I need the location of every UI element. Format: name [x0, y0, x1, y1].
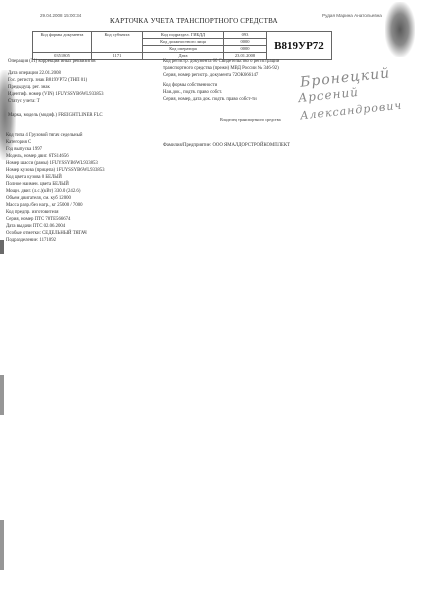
- division-code-label: Код подраздел. ГИБДД: [143, 32, 224, 39]
- vehicle-type: Код типа 4 Грузовой тягач седельный: [6, 133, 82, 138]
- scan-edge-2: [0, 375, 4, 415]
- special-marks: Особые отметки: СЕДЕЛЬНЫЙ ТЯГАЧ: [6, 231, 87, 236]
- engine-model: Модель, номер двиг. 6TS14656: [6, 154, 69, 159]
- subject-code-value: 1171: [92, 53, 143, 60]
- pts-date: Дата выдачи ПТС 02.06.2004: [6, 224, 65, 229]
- form-code-label: Код формы документа: [33, 32, 92, 53]
- division-code-value: 093: [224, 32, 267, 39]
- reg-sign: Гос. регистр. знак В819УР72 (ТНП 01): [8, 78, 87, 83]
- scan-edge-1: [0, 240, 4, 254]
- vin: Идентиф. номер (VIN) 1FUYSSYB6WL933853: [8, 92, 104, 97]
- codes-table: Код формы документа Код субъекта Код под…: [32, 31, 332, 60]
- operation-line: Операция (51) коррекция иных реквизитов: [8, 59, 96, 64]
- body-color-code: Код цвета кузова 0 БЕЛЫЙ: [6, 175, 62, 180]
- color-name: Полное наимен. цвета БЕЛЫЙ: [6, 182, 69, 187]
- category: Категория С: [6, 140, 31, 145]
- chassis-number: Номер шасси (рамы) 1FUYSSYB6WL933853: [6, 161, 98, 166]
- subject-code-label: Код субъекта: [92, 32, 143, 53]
- reg-doc-code: Код регистр. документа 60 Свидетельство …: [163, 59, 279, 64]
- make-model: Марка, модель (модиф.) FREIGHTLINER FLC: [8, 113, 103, 118]
- document-title: КАРТОЧКА УЧЕТА ТРАНСПОРТНОГО СРЕДСТВА: [110, 17, 278, 25]
- engine-power: Мощн. двиг. (л.с.)(кВт) 330.0 (242.6): [6, 189, 80, 194]
- operator-code-value: 0000: [224, 46, 267, 53]
- ownership-series: Серия, номер, дата док. подтв. право соб…: [163, 97, 257, 102]
- engine-displacement: Объем двигателя, см. куб 12000: [6, 196, 71, 201]
- official-code-label: Код должностного лица: [143, 39, 224, 46]
- owner-name: Фамилия/Предприятие: ООО ЯМАЛДОРСТРОЙКОМ…: [163, 143, 290, 148]
- body-number: Номер кузова (прицепа) 1FUYSSYB6WL933853: [6, 168, 105, 173]
- reg-status: Статус учета: Т: [8, 99, 40, 104]
- official-code-value: 0000: [224, 39, 267, 46]
- operator-name: Рудая Марина Анатольевна: [322, 13, 382, 18]
- reg-doc-series: Серия, номер регистр. документа 72ОК6661…: [163, 73, 258, 78]
- ownership-doc: Наи.док., подтв. право собст.: [163, 90, 222, 95]
- reg-doc-code-cont: транспортного средства (прежн) МВД Росси…: [163, 66, 279, 71]
- owner-heading: Владелец транспортного средства: [220, 117, 281, 122]
- operation-date: Дата операции 22.01.2008: [8, 71, 61, 76]
- year: Год выпуска 1997: [6, 147, 42, 152]
- vehicle-mass: Масса разр./без нагр., кг 25000 / 7000: [6, 203, 83, 208]
- pts-number: Серия, номер ПТС 78ТЕ566674: [6, 217, 70, 222]
- scan-smudge-top-right: [385, 2, 415, 57]
- scan-edge-3: [0, 520, 4, 570]
- print-timestamp: 29.04.2008 15:00:34: [40, 13, 81, 18]
- ownership-form: Код формы собственности: [163, 83, 217, 88]
- prev-reg-sign: Предыдущ. рег. знак: [8, 85, 50, 90]
- operator-code-label: Код оператора: [143, 46, 224, 53]
- division: Подразделение: 1171092: [6, 238, 56, 243]
- plate-number: В819УР72: [267, 32, 332, 60]
- manufacturer-code: Код предпр. изготовителя: [6, 210, 58, 215]
